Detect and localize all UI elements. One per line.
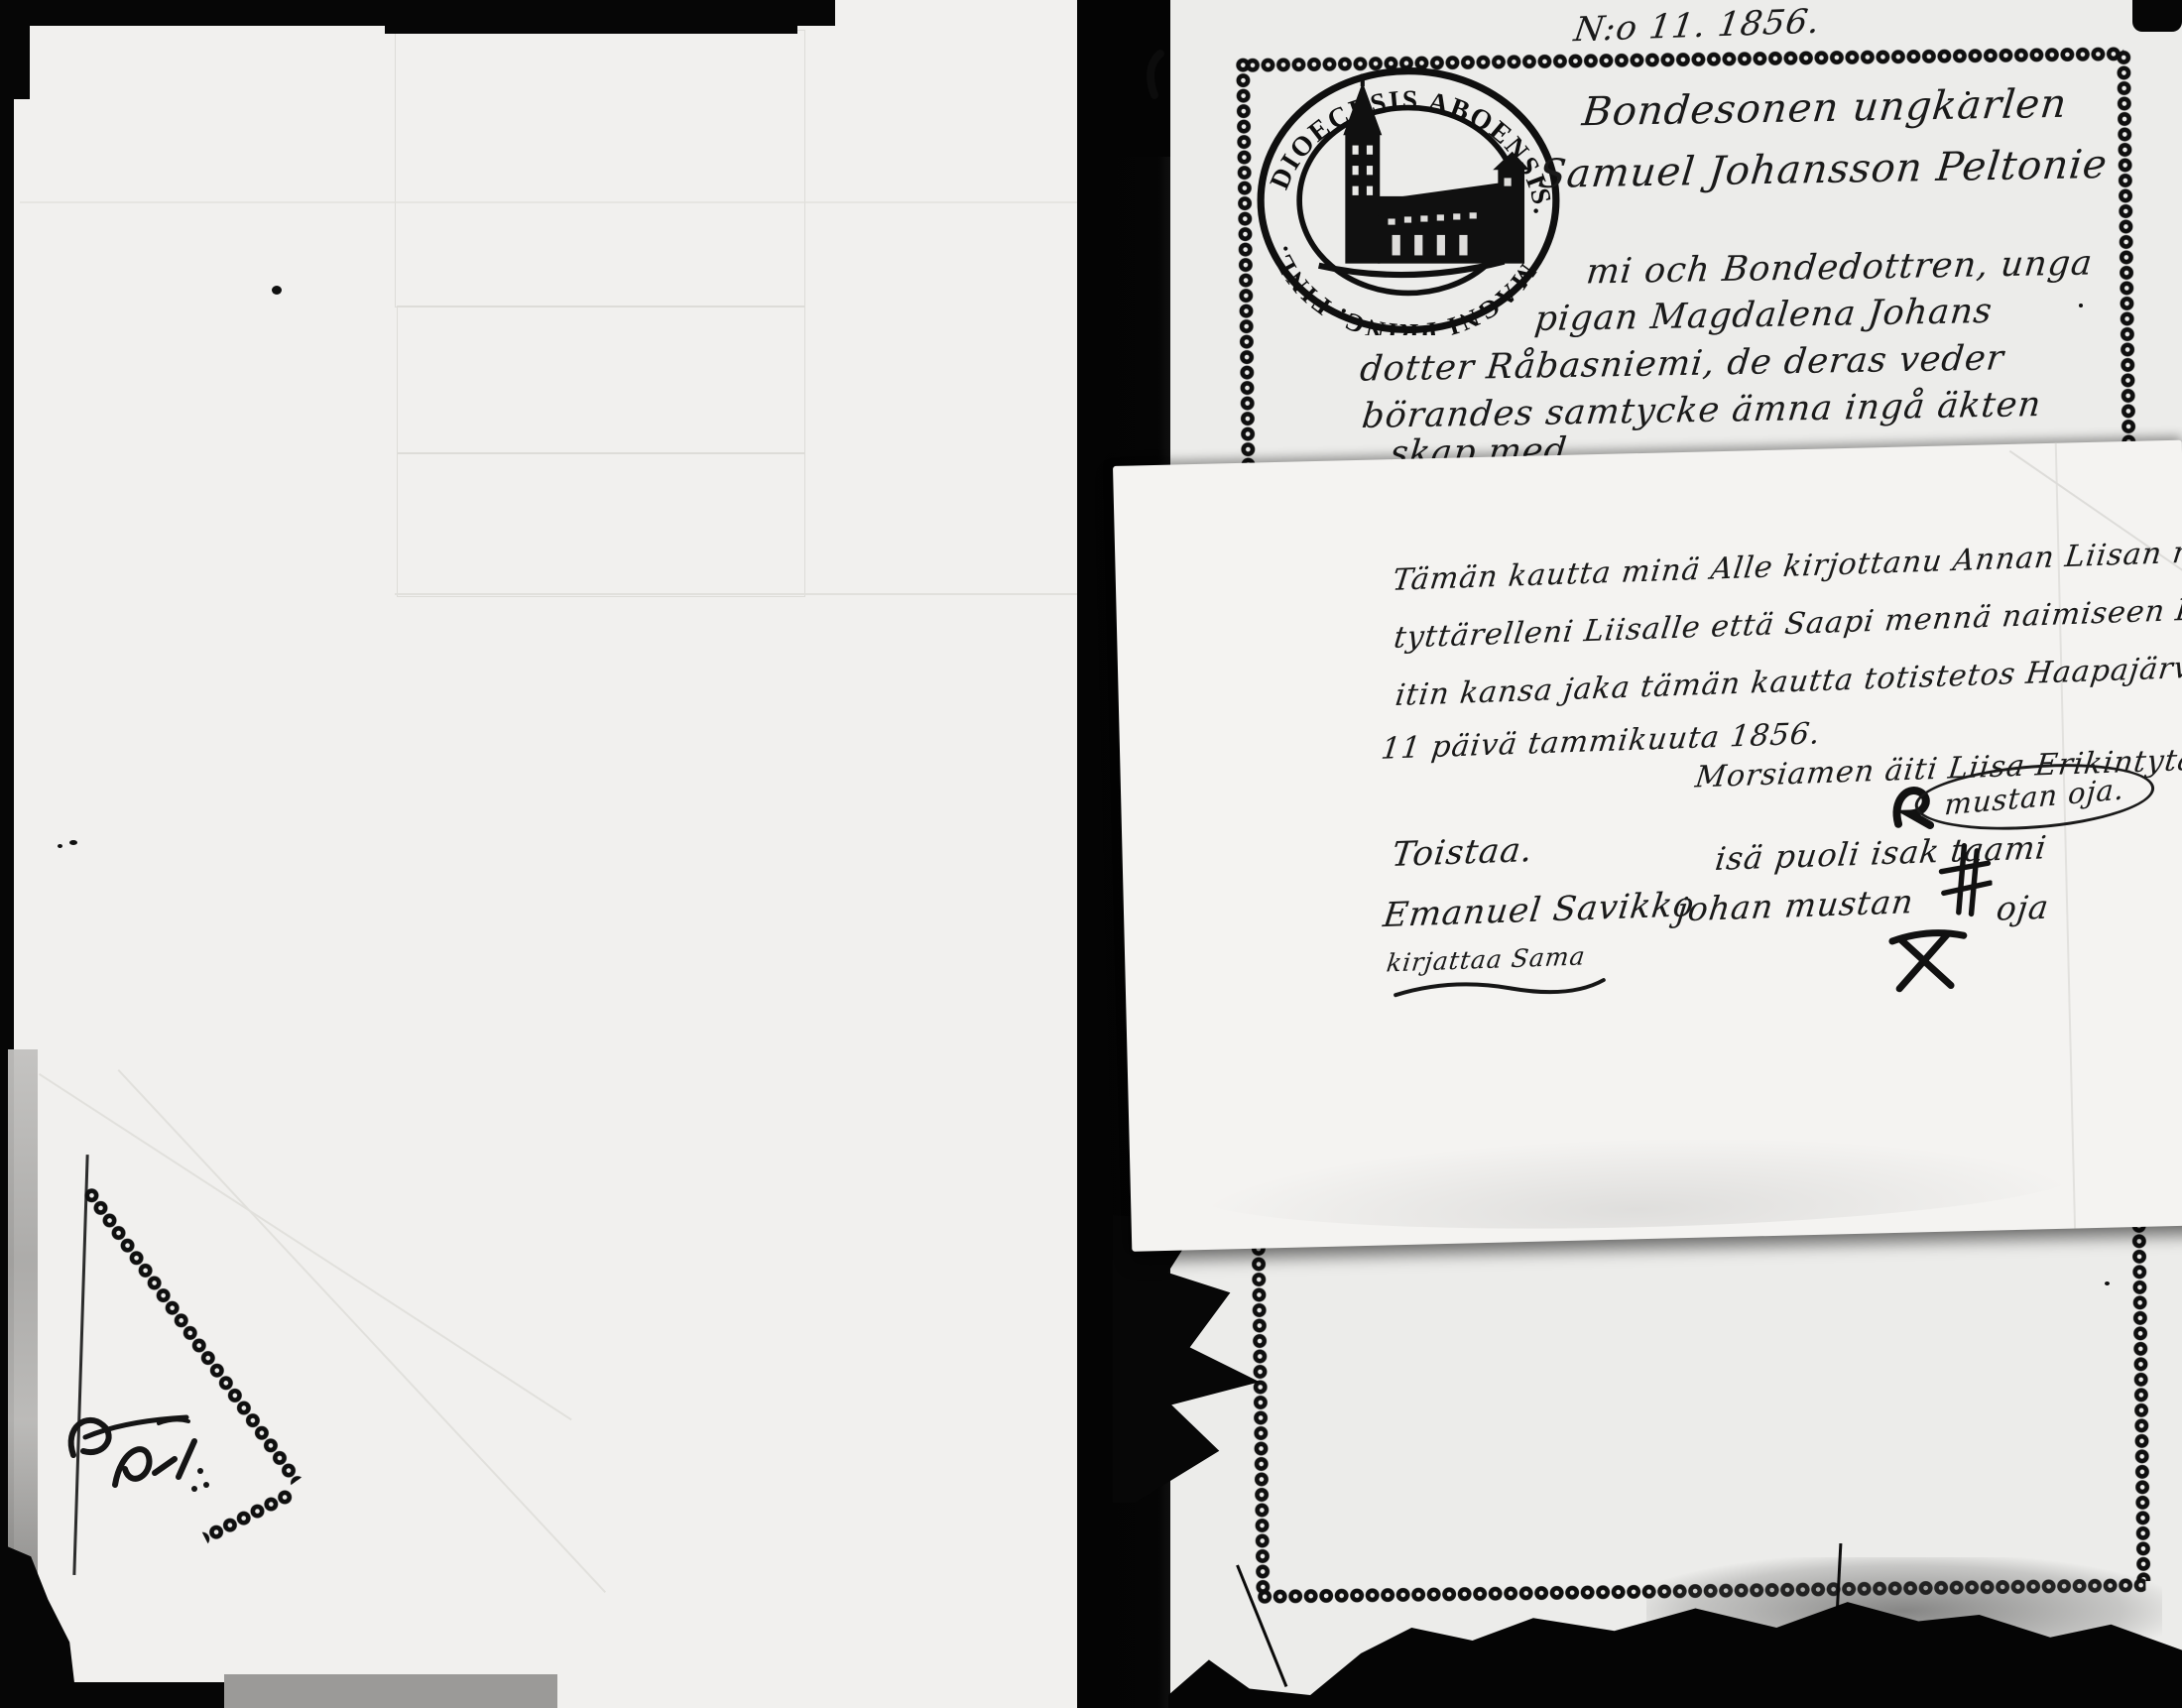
film-edge-top-bar-thick: [385, 0, 797, 34]
scribble-mark: [60, 1394, 218, 1513]
mother-name-circled: mustan oja.: [1943, 772, 2125, 821]
showthrough-rect-top: [395, 30, 805, 307]
ink-speck: [2079, 304, 2083, 307]
film-scan-frame: N:o 11. 1856. DIOECESIS ABOENSIS. MAGNI …: [0, 0, 2182, 1708]
ink-dot-small: [69, 840, 77, 845]
father-signature-post: oja: [1995, 888, 2052, 928]
note-line-1: Tämän kautta minä Alle kirjottanu Annan …: [1391, 533, 2182, 598]
crease-line-top: [20, 201, 1081, 203]
crease-line-horizontal: [395, 593, 1081, 595]
witness-underline-flourish: [1392, 972, 1611, 1001]
ink-speck: [1966, 91, 1970, 95]
ink-dot: [272, 286, 282, 295]
note-bottom-shading: [1189, 1127, 2084, 1238]
witness-verb: Toistaa.: [1390, 830, 1535, 875]
diocese-seal: DIOECESIS ABOENSIS. MAGNI PRINC. FINL.: [1256, 65, 1561, 335]
stepfather-line: isä puoli isak taami: [1713, 828, 2049, 878]
showthrough-rect-low: [397, 452, 805, 597]
film-edge-bottom-strip: [0, 1682, 232, 1708]
hook-stroke: [1141, 50, 1170, 99]
note-line-3: itin kansa jaka tämän kautta totistetos …: [1394, 646, 2182, 713]
showthrough-rect-mid: [397, 305, 805, 454]
ink-speck: [2105, 1281, 2110, 1285]
body-line-1: Bondesonen ungkarlen: [1580, 81, 2069, 136]
ink-dot-small: [58, 844, 62, 848]
attached-note: Tämän kautta minä Alle kirjottanu Annan …: [1113, 440, 2182, 1252]
film-edge-left-sliver: [0, 0, 8, 1708]
note-line-2: tyttärelleni Liisalle että Saapi mennä n…: [1392, 589, 2182, 656]
film-edge-bottom-gray: [224, 1674, 557, 1708]
father-gate-mark-icon: [1933, 837, 1993, 921]
witness-name: Emanuel Savikko: [1381, 885, 1697, 935]
father-crossed-mark-icon: [1883, 919, 1973, 999]
witness-role: kirjattaa Sama: [1385, 941, 1587, 977]
father-signature-pre: johan mustan: [1674, 882, 1916, 928]
film-edge-top-right-tab: [2132, 0, 2182, 32]
body-line-4: pigan Magdalena Johans: [1532, 292, 1995, 339]
worn-edge-band: [6, 1049, 38, 1579]
